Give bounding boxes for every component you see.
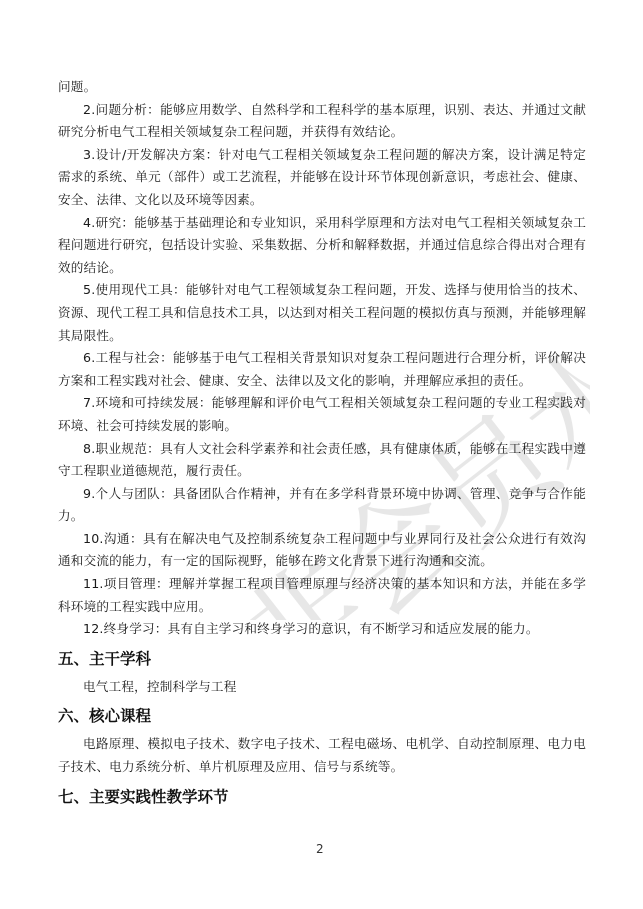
document-body: 问题。 2.问题分析：能够应用数学、自然科学和工程科学的基本原理，识别、表达、并… [58,76,586,814]
requirement-7-sustainability: 7.环境和可持续发展：能够理解和评价电气工程相关领域复杂工程问题的专业工程实践对… [58,392,586,437]
requirement-6-engineering-society: 6.工程与社会：能够基于电气工程相关背景知识对复杂工程问题进行合理分析，评价解决… [58,347,586,392]
section-heading-practical-teaching: 七、主要实践性教学环节 [58,786,586,808]
document-page: 非会员水印 问题。 2.问题分析：能够应用数学、自然科学和工程科学的基本原理，识… [0,0,643,909]
requirement-8-professional-ethics: 8.职业规范：具有人文社会科学素养和社会责任感，具有健康体质，能够在工程实践中遵… [58,438,586,483]
section-heading-main-disciplines: 五、主干学科 [58,648,586,670]
requirement-10-communication: 10.沟通：具有在解决电气及控制系统复杂工程问题中与业界同行及社会公众进行有效沟… [58,528,586,573]
main-disciplines-text: 电气工程，控制科学与工程 [58,676,586,699]
section-heading-core-courses: 六、核心课程 [58,705,586,727]
requirement-9-teamwork: 9.个人与团队：具备团队合作精神，并有在多学科背景环境中协调、管理、竞争与合作能… [58,483,586,528]
requirement-3-design: 3.设计/开发解决方案：针对电气工程相关领域复杂工程问题的解决方案，设计满足特定… [58,144,586,212]
page-number: 2 [316,842,324,856]
requirement-2-problem-analysis: 2.问题分析：能够应用数学、自然科学和工程科学的基本原理，识别、表达、并通过文献… [58,99,586,144]
core-courses-text: 电路原理、模拟电子技术、数字电子技术、工程电磁场、电机学、自动控制原理、电力电子… [58,733,586,778]
paragraph-continuation: 问题。 [58,76,586,99]
requirement-4-research: 4.研究：能够基于基础理论和专业知识，采用科学原理和方法对电气工程相关领域复杂工… [58,212,586,280]
requirement-11-project-management: 11.项目管理：理解并掌握工程项目管理原理与经济决策的基本知识和方法，并能在多学… [58,573,586,618]
requirement-12-lifelong-learning: 12.终身学习：具有自主学习和终身学习的意识，有不断学习和适应发展的能力。 [58,618,586,641]
requirement-5-modern-tools: 5.使用现代工具：能够针对电气工程领域复杂工程问题，开发、选择与使用恰当的技术、… [58,279,586,347]
